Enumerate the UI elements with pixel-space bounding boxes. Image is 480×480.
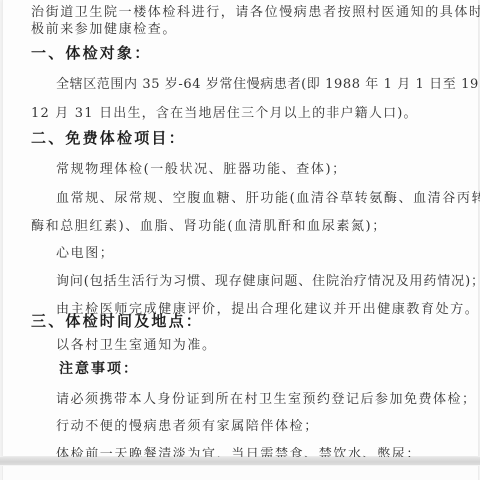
notes-heading: 注意事项：: [59, 358, 139, 378]
section-2-item-2-cont: 酶和总胆红素)、血脂、肾功能(血清肌酐和血尿素氮)；: [31, 215, 387, 234]
section-2-item-3: 心电图；: [56, 242, 114, 261]
next-page-edge: [2, 466, 479, 480]
section-1-paragraph-2: 12 月 31 日出生，含在当地居住三个月以上的非户籍人口)。: [31, 102, 418, 121]
note-item-1: 请必须携带本人身份证到所在村卫生室预约登记后参加免费体检；: [56, 388, 477, 407]
section-heading-1: 一、体检对象：: [31, 42, 151, 63]
note-item-2: 行动不便的慢病患者须有家属陪伴体检；: [56, 415, 319, 434]
section-2-item-2: 血常规、尿常规、空腹血糖、肝功能(血清谷草转氨酶、血清谷丙转氨: [56, 187, 480, 206]
section-2-item-4: 询问(包括生活行为习惯、现存健康问题、住院治疗情况及用药情况)；: [56, 270, 480, 289]
section-2-item-1: 常规物理体检(一般状况、脏器功能、查体)；: [56, 158, 347, 177]
section-heading-2: 二、免费体检项目：: [31, 127, 186, 148]
section-1-paragraph-1: 全辖区范围内 35 岁-64 岁常住慢病患者(即 1988 年 1 月 1 日至…: [56, 73, 480, 92]
page-divider: [0, 457, 480, 465]
section-heading-3: 三、体检时间及地点：: [31, 310, 203, 331]
intro-line-2: 极前来参加健康检查。: [31, 18, 177, 37]
section-3-paragraph-1: 以各村卫生室通知为准。: [56, 334, 217, 353]
document-page: 治街道卫生院一楼体检科进行，请各位慢病患者按照村医通知的具体时间积 极前来参加健…: [2, 0, 479, 456]
